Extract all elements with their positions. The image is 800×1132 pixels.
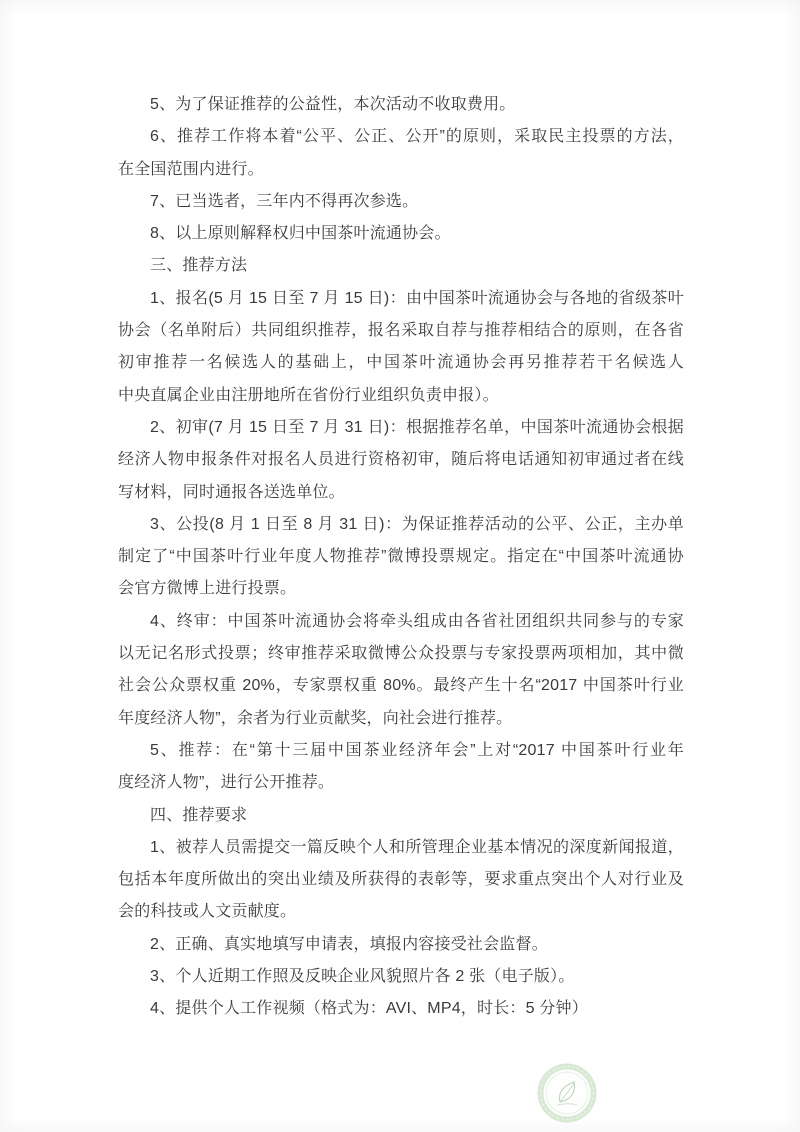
text-line: 4、提供个人工作视频（格式为：AVI、MP4，时长：5 分钟） xyxy=(118,993,684,1025)
text-line: 7、已当选者，三年内不得再次参选。 xyxy=(118,186,684,218)
text-line: 5、为了保证推荐的公益性，本次活动不收取费用。 xyxy=(118,89,684,121)
paragraph: 7、已当选者，三年内不得再次参选。 xyxy=(118,186,684,218)
text-line: 度经济人物”，进行公开推荐。 xyxy=(118,767,684,799)
text-line: 6、推荐工作将本着“公平、公正、公开”的原则，采取民主投票的方法， xyxy=(118,121,684,153)
paragraph: 三、推荐方法 xyxy=(118,250,684,282)
text-line: 4、终审：中国茶叶流通协会将牵头组成由各省社团组织共同参与的专家团， xyxy=(118,606,684,638)
text-line: 写材料，同时通报各送选单位。 xyxy=(118,477,684,509)
text-line: 会的科技或人文贡献度。 xyxy=(118,896,684,928)
text-line: 3、个人近期工作照及反映企业风貌照片各 2 张（电子版）。 xyxy=(118,961,684,993)
paragraph: 8、以上原则解释权归中国茶叶流通协会。 xyxy=(118,218,684,250)
paragraph: 5、推荐：在“第十三届中国茶业经济年会”上对“2017 中国茶叶行业年度经济人物… xyxy=(118,735,684,800)
text-line: 以无记名形式投票；终审推荐采取微博公众投票与专家投票两项相加，其中微博 xyxy=(118,638,684,670)
document-page: 5、为了保证推荐的公益性，本次活动不收取费用。6、推荐工作将本着“公平、公正、公… xyxy=(0,0,800,1132)
text-line: 2、正确、真实地填写申请表，填报内容接受社会监督。 xyxy=(118,929,684,961)
text-line: 会官方微博上进行投票。 xyxy=(118,573,684,605)
text-line: 中央直属企业由注册地所在省份行业组织负责申报）。 xyxy=(118,380,684,412)
text-line: 2、初审(7 月 15 日至 7 月 31 日)：根据推荐名单，中国茶叶流通协会… xyxy=(118,412,684,444)
text-line: 3、公投(8 月 1 日至 8 月 31 日)：为保证推荐活动的公平、公正，主办… xyxy=(118,509,684,541)
text-line: 三、推荐方法 xyxy=(118,250,684,282)
text-line: 1、被荐人员需提交一篇反映个人和所管理企业基本情况的深度新闻报道， xyxy=(118,832,684,864)
text-line: 年度经济人物”，余者为行业贡献奖，向社会进行推荐。 xyxy=(118,703,684,735)
text-line: 四、推荐要求 xyxy=(118,800,684,832)
text-line: 社会公众票权重 20%，专家票权重 80%。最终产生十名“2017 中国茶叶行业 xyxy=(118,670,684,702)
leaf-stamp-icon xyxy=(536,1062,598,1124)
paragraph: 3、公投(8 月 1 日至 8 月 31 日)：为保证推荐活动的公平、公正，主办… xyxy=(118,509,684,606)
paragraph: 1、报名(5 月 15 日至 7 月 15 日)：由中国茶叶流通协会与各地的省级… xyxy=(118,283,684,412)
paragraph: 2、正确、真实地填写申请表，填报内容接受社会监督。 xyxy=(118,929,684,961)
paragraph: 3、个人近期工作照及反映企业风貌照片各 2 张（电子版）。 xyxy=(118,961,684,993)
paragraph: 4、提供个人工作视频（格式为：AVI、MP4，时长：5 分钟） xyxy=(118,993,684,1025)
text-line: 在全国范围内进行。 xyxy=(118,154,684,186)
paragraph: 6、推荐工作将本着“公平、公正、公开”的原则，采取民主投票的方法，在全国范围内进… xyxy=(118,121,684,186)
text-line: 8、以上原则解释权归中国茶叶流通协会。 xyxy=(118,218,684,250)
text-line: 初审推荐一名候选人的基础上，中国茶叶流通协会再另推荐若干名候选人（注： xyxy=(118,347,684,379)
document-body: 5、为了保证推荐的公益性，本次活动不收取费用。6、推荐工作将本着“公平、公正、公… xyxy=(118,89,684,1026)
text-line: 制定了“中国茶叶行业年度人物推荐”微博投票规定。指定在“中国茶叶流通协 xyxy=(118,541,684,573)
paragraph: 1、被荐人员需提交一篇反映个人和所管理企业基本情况的深度新闻报道，包括本年度所做… xyxy=(118,832,684,929)
paragraph: 5、为了保证推荐的公益性，本次活动不收取费用。 xyxy=(118,89,684,121)
text-line: 协会（名单附后）共同组织推荐，报名采取自荐与推荐相结合的原则，在各省份 xyxy=(118,315,684,347)
text-line: 经济人物申报条件对报名人员进行资格初审，随后将电话通知初审通过者在线填 xyxy=(118,444,684,476)
text-line: 包括本年度所做出的突出业绩及所获得的表彰等，要求重点突出个人对行业及社 xyxy=(118,864,684,896)
paragraph: 四、推荐要求 xyxy=(118,800,684,832)
paragraph: 4、终审：中国茶叶流通协会将牵头组成由各省社团组织共同参与的专家团，以无记名形式… xyxy=(118,606,684,735)
paragraph: 2、初审(7 月 15 日至 7 月 31 日)：根据推荐名单，中国茶叶流通协会… xyxy=(118,412,684,509)
text-line: 1、报名(5 月 15 日至 7 月 15 日)：由中国茶叶流通协会与各地的省级… xyxy=(118,283,684,315)
text-line: 5、推荐：在“第十三届中国茶业经济年会”上对“2017 中国茶叶行业年 xyxy=(118,735,684,767)
